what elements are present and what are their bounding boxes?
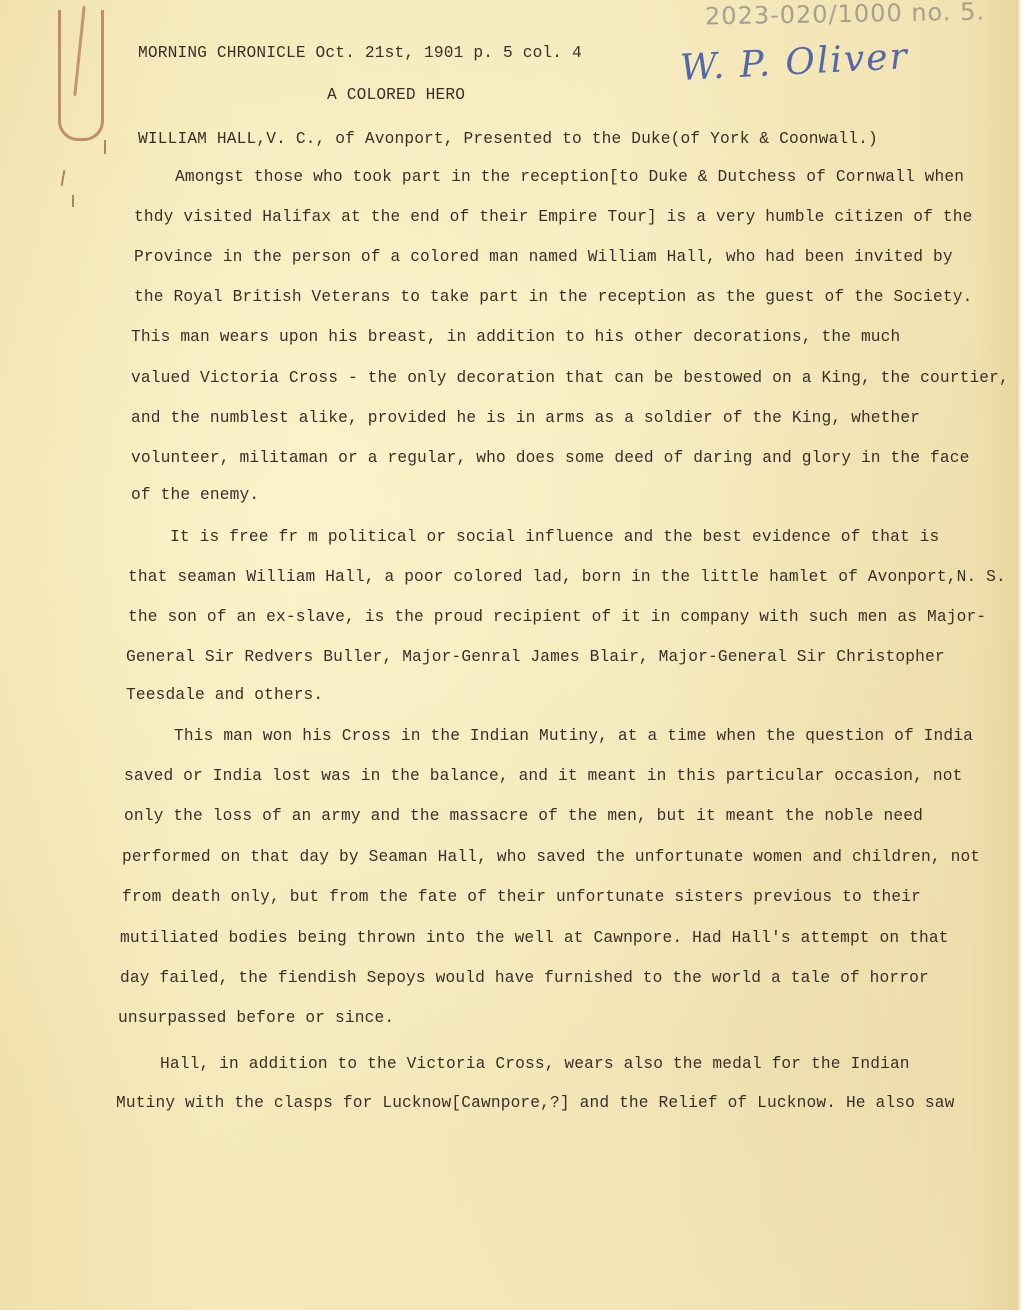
text-line: Mutiny with the clasps for Lucknow[Cawnp… [116, 1094, 954, 1112]
text-line: that seaman William Hall, a poor colored… [128, 568, 1006, 586]
text-line: Province in the person of a colored man … [134, 248, 953, 266]
source-line: MORNING CHRONICLE Oct. 21st, 1901 p. 5 c… [138, 44, 582, 62]
text-line: the Royal British Veterans to take part … [134, 288, 972, 306]
text-line: It is free fr m political or social infl… [170, 528, 939, 546]
text-line: saved or India lost was in the balance, … [124, 767, 962, 785]
archive-number: 2023-020/1000 no. 5. [705, 0, 985, 30]
document-title: A COLORED HERO [327, 86, 465, 104]
text-line: Amongst those who took part in the recep… [175, 168, 964, 186]
text-line: of the enemy. [131, 486, 259, 504]
text-line: from death only, but from the fate of th… [122, 888, 921, 906]
stain-mark [72, 195, 74, 207]
text-line: valued Victoria Cross - the only decorat… [131, 369, 1009, 387]
text-line: This man wears upon his breast, in addit… [131, 328, 900, 346]
stain-mark [61, 170, 66, 186]
text-line: and the numblest alike, provided he is i… [131, 409, 920, 427]
text-line: unsurpassed before or since. [118, 1009, 394, 1027]
text-line: mutiliated bodies being thrown into the … [120, 929, 949, 947]
text-line: performed on that day by Seaman Hall, wh… [122, 848, 980, 866]
text-line: Hall, in addition to the Victoria Cross,… [160, 1055, 910, 1073]
text-line: This man won his Cross in the Indian Mut… [174, 727, 973, 745]
paper-edge [1016, 0, 1022, 1310]
text-line: the son of an ex-slave, is the proud rec… [128, 608, 986, 626]
handwritten-signature: W. P. Oliver [679, 36, 910, 89]
text-line: volunteer, militaman or a regular, who d… [131, 449, 969, 467]
text-line: thdy visited Halifax at the end of their… [134, 208, 972, 226]
text-line: day failed, the fiendish Sepoys would ha… [120, 969, 929, 987]
document-subtitle: WILLIAM HALL,V. C., of Avonport, Present… [138, 130, 878, 148]
text-line: Teesdale and others. [126, 686, 323, 704]
text-line: General Sir Redvers Buller, Major-Genral… [126, 648, 945, 666]
stain-mark [104, 140, 106, 154]
text-line: only the loss of an army and the massacr… [124, 807, 923, 825]
document-page: 2023-020/1000 no. 5. W. P. Oliver MORNIN… [0, 0, 1022, 1310]
